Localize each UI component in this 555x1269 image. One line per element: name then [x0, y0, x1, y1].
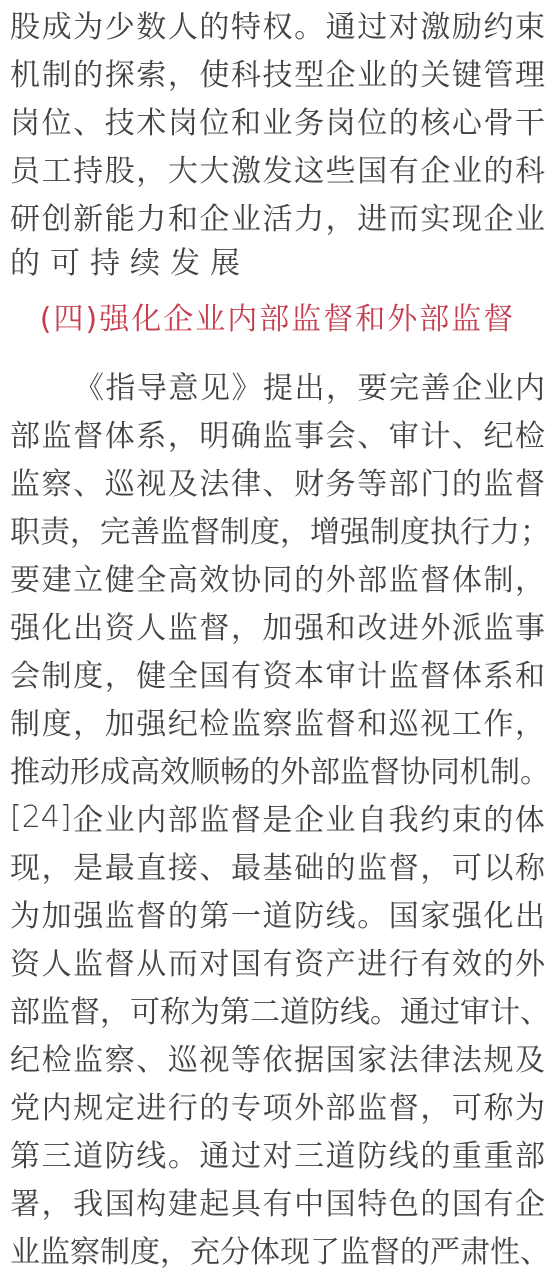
text-line: 机制的探索，使科技型企业的关键管理	[10, 48, 545, 96]
text-line: 推动形成高效顺畅的外部监督协同机制。	[10, 745, 545, 793]
text-line: 署，我国构建起具有中国特色的国有企	[10, 1177, 545, 1225]
text-line: 党内规定进行的专项外部监督，可称为	[10, 1081, 545, 1129]
text-line: [24]企业内部监督是企业自我约束的体	[10, 793, 545, 841]
text-line: 会制度，健全国有资本审计监督体系和	[10, 649, 545, 697]
text-line: 纪检监察、巡视等依据国家法律法规及	[10, 1033, 545, 1081]
text-line: 股成为少数人的特权。通过对激励约束	[10, 0, 545, 48]
ebook-reading-page: 股成为少数人的特权。通过对激励约束机制的探索，使科技型企业的关键管理岗位、技术岗…	[0, 0, 555, 1269]
text-line: 资人监督从而对国有资产进行有效的外	[10, 937, 545, 985]
text-line: 第三道防线。通过对三道防线的重重部	[10, 1129, 545, 1177]
text-line: 要建立健全高效协同的外部监督体制，	[10, 553, 545, 601]
text-line: 强化出资人监督，加强和改进外派监事	[10, 601, 545, 649]
text-line: 《指导意见》提出，要完善企业内	[10, 361, 545, 409]
text-line: 为加强监督的第一道防线。国家强化出	[10, 889, 545, 937]
text-line: 部监督，可称为第二道防线。通过审计、	[10, 985, 545, 1033]
text-line: 职责，完善监督制度，增强制度执行力；	[10, 505, 545, 553]
text-line: 的可持续发展	[10, 240, 545, 288]
paragraph: 《指导意见》提出，要完善企业内部监督体系，明确监事会、审计、纪检监察、巡视及法律…	[10, 361, 545, 1269]
section-heading: (四)强化企业内部监督和外部监督	[10, 296, 545, 344]
text-line: 现，是最直接、最基础的监督，可以称	[10, 841, 545, 889]
text-line: 业监察制度，充分体现了监督的严肃性、	[10, 1225, 545, 1269]
text-line: 岗位、技术岗位和业务岗位的核心骨干	[10, 96, 545, 144]
text-line: 部监督体系，明确监事会、审计、纪检	[10, 409, 545, 457]
text-line: 监察、巡视及法律、财务等部门的监督	[10, 457, 545, 505]
text-line: 制度，加强纪检监察监督和巡视工作，	[10, 697, 545, 745]
text-line: 研创新能力和企业活力，进而实现企业	[10, 192, 545, 240]
paragraph: 股成为少数人的特权。通过对激励约束机制的探索，使科技型企业的关键管理岗位、技术岗…	[10, 0, 545, 288]
text-line: 员工持股，大大激发这些国有企业的科	[10, 144, 545, 192]
